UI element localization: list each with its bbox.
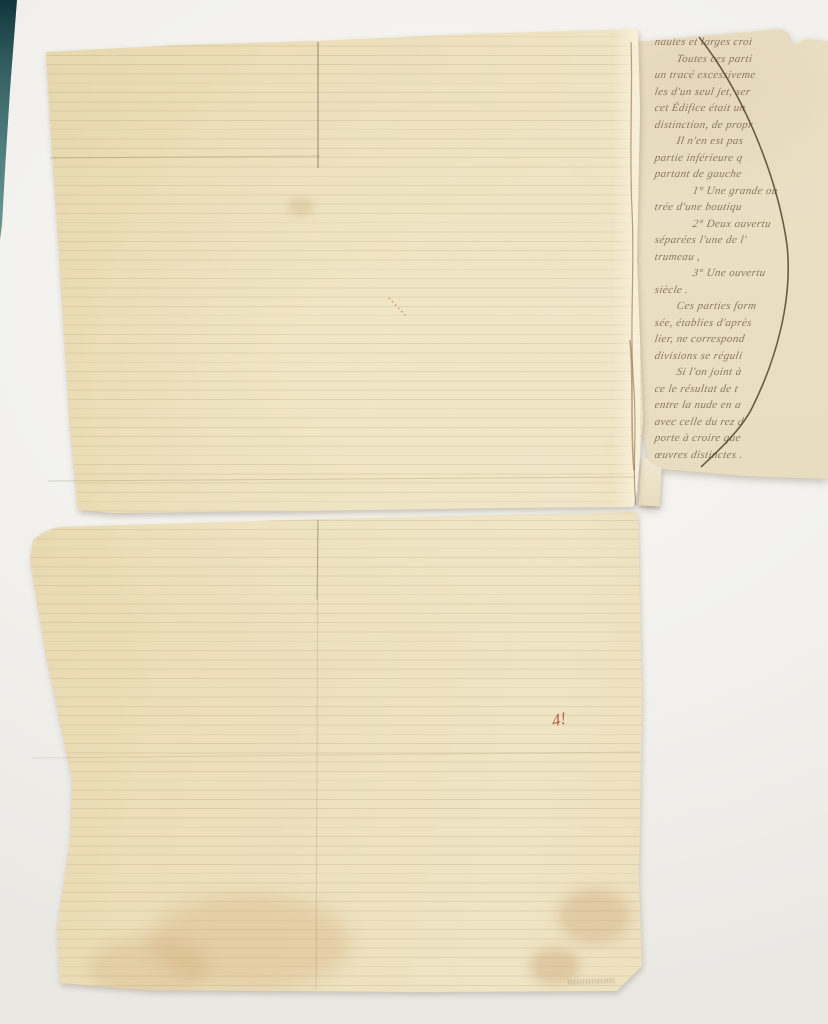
- photo-canvas: hautes et larges croiToutes ces partiun …: [0, 0, 828, 1024]
- blank-sheet-upper: [0, 0, 828, 1024]
- curled-right-edge-highlight: [612, 29, 640, 509]
- blank-sheet-upper-wrap: [0, 0, 828, 1024]
- stain-upper-sheet-spot: [288, 198, 314, 216]
